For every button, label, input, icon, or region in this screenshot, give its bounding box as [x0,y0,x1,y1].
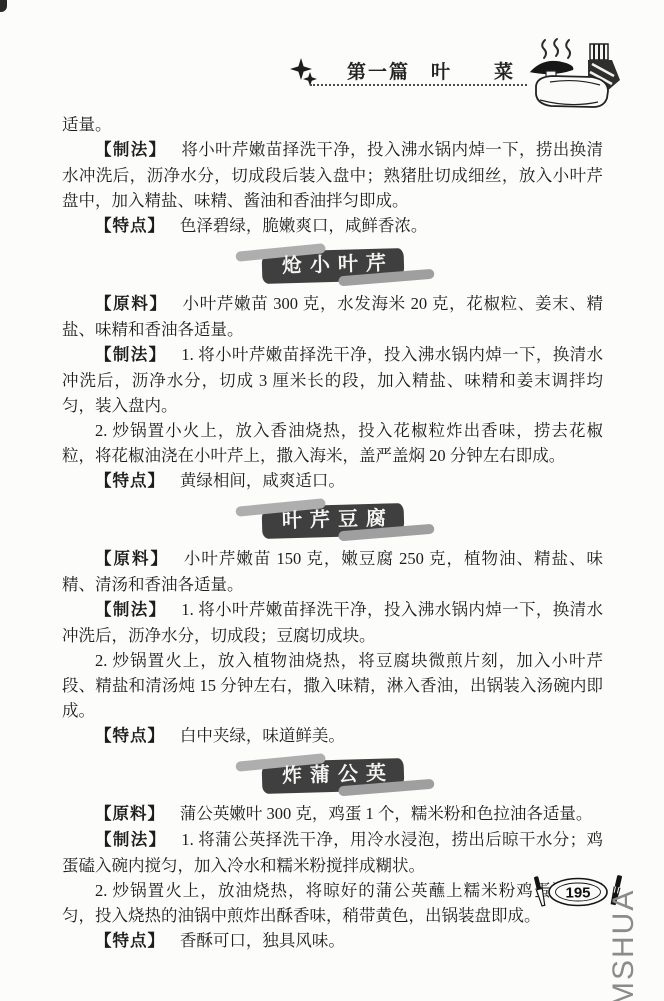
section-label: 【制法】 [95,601,167,619]
section-text: 2. 炒锅置火上，放入植物油烧热，将豆腐块微煎片刻，加入小叶芹段、精盐和清汤炖 … [62,651,603,720]
paragraph-continuation: 适量。 [62,112,603,137]
section-text: 色泽碧绿，脆嫩爽口，咸鲜香浓。 [180,216,428,235]
section-text: 白中夹绿，味道鲜美。 [180,726,345,745]
recipe-ingredients-paragraph: 【原料】蒲公英嫩叶 300 克，鸡蛋 1 个，糯米粉和色拉油各适量。 [62,801,603,827]
section-text: 香酥可口，独具风味。 [180,931,345,950]
section-label: 【制法】 [95,831,167,849]
recipe-step-paragraph: 2. 炒锅置小火上，放入香油烧热，投入花椒粒炸出香味，捞去花椒粒，将花椒油浇在小… [62,418,603,468]
section-label: 【特点】 [95,727,165,745]
section-label: 【原料】 [95,550,169,568]
chapter-title: 第一篇 叶 菜 [347,57,515,84]
recipe-banner-row: 炸蒲公英 [62,760,603,792]
book-page: 第一篇 叶 菜 适量。 [0,0,664,1001]
section-label: 【特点】 [95,932,165,950]
section-text: 蒲公英嫩叶 300 克，鸡蛋 1 个，糯米粉和色拉油各适量。 [180,804,593,823]
section-label: 【特点】 [95,217,165,235]
recipe-feature-paragraph: 【特点】白中夹绿，味道鲜美。 [62,723,603,749]
recipe-banner-row: 炝小叶芹 [62,250,603,282]
scan-watermark: MSHUA [607,889,641,1001]
recipe-ingredients-paragraph: 【原料】小叶芹嫩苗 150 克，嫩豆腐 250 克，植物油、精盐、味精、清汤和香… [62,546,603,597]
section-text: 2. 炒锅置火上，放油烧热，将晾好的蒲公英蘸上糯米粉鸡蛋液，蘸匀，投入烧热的油锅… [62,881,603,925]
section-label: 【制法】 [95,346,167,364]
section-label: 【制法】 [95,141,167,159]
recipe-banner-row: 叶芹豆腐 [62,505,603,537]
section-text: 黄绿相间，咸爽适口。 [180,471,345,490]
recipe-feature-paragraph: 【特点】黄绿相间，咸爽适口。 [62,468,603,494]
section-label: 【特点】 [95,472,165,490]
recipe-feature-paragraph: 【特点】香酥可口，独具风味。 [62,928,603,954]
intro-method-paragraph: 【制法】将小叶芹嫩苗择洗干净，投入沸水锅内焯一下，捞出换清水冲洗后，沥净水分，切… [62,137,603,213]
steaming-dish-illustration [528,36,632,110]
recipe-method-paragraph: 【制法】1. 将小叶芹嫩苗择洗干净，投入沸水锅内焯一下，换清水冲洗后，沥净水分，… [62,342,603,418]
section-label: 【原料】 [95,295,168,313]
section-label: 【原料】 [95,805,165,823]
section-text: 2. 炒锅置小火上，放入香油烧热，投入花椒粒炸出香味，捞去花椒粒，将花椒油浇在小… [62,421,603,465]
recipe-step-paragraph: 2. 炒锅置火上，放入植物油烧热，将豆腐块微煎片刻，加入小叶芹段、精盐和清汤炖 … [62,648,603,723]
recipe-title-banner: 叶芹豆腐 [261,503,404,539]
intro-feature-paragraph: 【特点】色泽碧绿，脆嫩爽口，咸鲜香浓。 [62,213,603,239]
page-content: 适量。 【制法】将小叶芹嫩苗择洗干净，投入沸水锅内焯一下，捞出换清水冲洗后，沥净… [62,112,603,954]
recipe-ingredients-paragraph: 【原料】小叶芹嫩苗 300 克，水发海米 20 克，花椒粒、姜末、精盐、味精和香… [62,291,603,342]
recipe-title-banner: 炸蒲公英 [261,758,404,794]
recipe-step-paragraph: 2. 炒锅置火上，放油烧热，将晾好的蒲公英蘸上糯米粉鸡蛋液，蘸匀，投入烧热的油锅… [62,878,603,928]
recipe-title-banner: 炝小叶芹 [261,248,404,284]
knife-icon [533,876,546,907]
page-number: 195 [565,885,590,902]
recipe-method-paragraph: 【制法】1. 将小叶芹嫩苗择洗干净，投入沸水锅内焯一下，换清水冲洗后，沥净水分，… [62,597,603,648]
recipe-method-paragraph: 【制法】1. 将蒲公英择洗干净，用冷水浸泡，捞出后晾干水分；鸡蛋磕入碗内搅匀，加… [62,827,603,878]
chapter-header: 第一篇 叶 菜 [0,0,664,110]
